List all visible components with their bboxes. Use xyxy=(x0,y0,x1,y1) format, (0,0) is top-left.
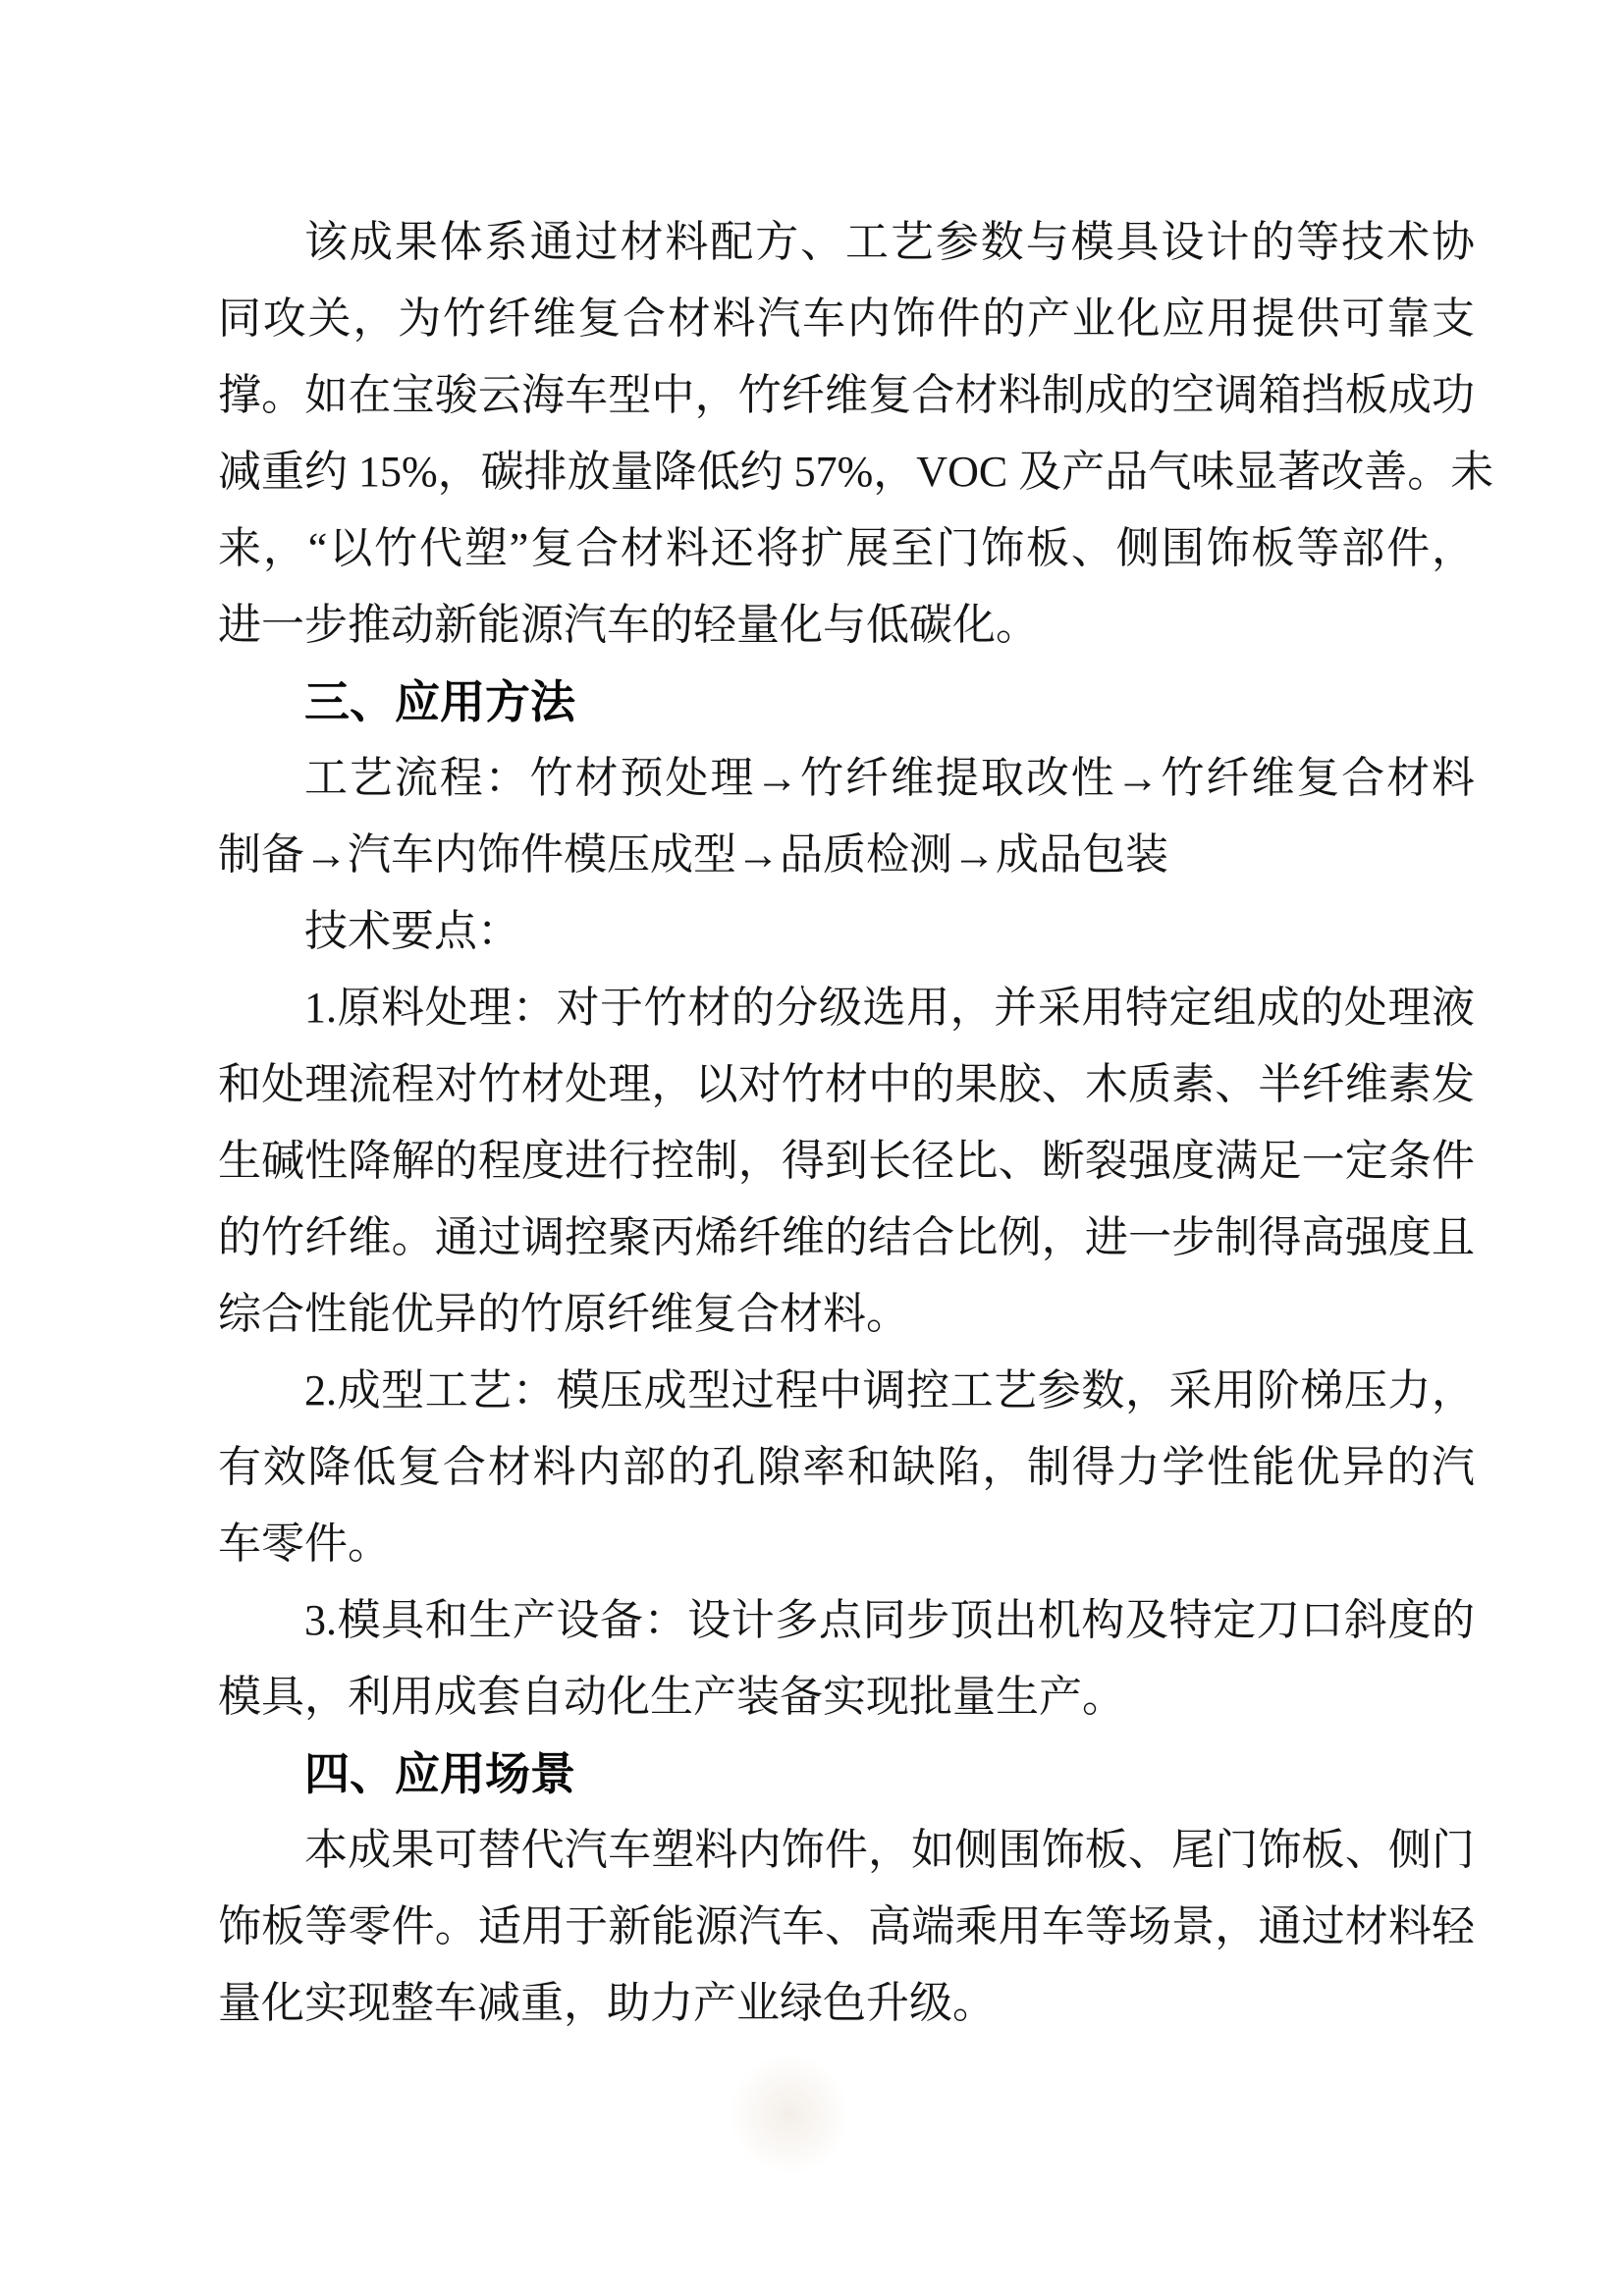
text-line: 综合性能优异的竹原纤维复合材料。 xyxy=(218,1276,1475,1353)
text-line: 有效降低复合材料内部的孔隙率和缺陷，制得力学性能优异的汽 xyxy=(218,1429,1475,1506)
text-line: 进一步推动新能源汽车的轻量化与低碳化。 xyxy=(218,587,1475,664)
text-line: 减重约 15%，碳排放量降低约 57%，VOC 及产品气味显著改善。未 xyxy=(218,434,1475,510)
text-line: 的竹纤维。通过调控聚丙烯纤维的结合比例，进一步制得高强度且 xyxy=(218,1200,1475,1276)
text-line: 生碱性降解的程度进行控制，得到长径比、断裂强度满足一定条件 xyxy=(218,1123,1475,1200)
text-line: 量化实现整车减重，助力产业绿色升级。 xyxy=(218,1965,1475,2042)
text-line: 工艺流程：竹材预处理→竹纤维提取改性→竹纤维复合材料 xyxy=(218,740,1475,817)
document-page: 该成果体系通过材料配方、工艺参数与模具设计的等技术协同攻关，为竹纤维复合材料汽车… xyxy=(0,0,1624,2296)
text-line: 3.模具和生产设备：设计多点同步顶出机构及特定刀口斜度的 xyxy=(218,1582,1475,1659)
watermark-smudge xyxy=(729,2054,850,2175)
text-line: 本成果可替代汽车塑料内饰件，如侧围饰板、尾门饰板、侧门 xyxy=(218,1812,1475,1889)
text-line: 撑。如在宝骏云海车型中，竹纤维复合材料制成的空调箱挡板成功 xyxy=(218,357,1475,434)
text-line: 同攻关，为竹纤维复合材料汽车内饰件的产业化应用提供可靠支 xyxy=(218,281,1475,357)
text-line: 来，“以竹代塑”复合材料还将扩展至门饰板、侧围饰板等部件， xyxy=(218,510,1475,587)
section-heading: 四、应用场景 xyxy=(218,1735,1475,1812)
text-line: 该成果体系通过材料配方、工艺参数与模具设计的等技术协 xyxy=(218,204,1475,281)
document-content: 该成果体系通过材料配方、工艺参数与模具设计的等技术协同攻关，为竹纤维复合材料汽车… xyxy=(218,204,1475,2042)
text-line: 制备→汽车内饰件模压成型→品质检测→成品包装 xyxy=(218,817,1475,893)
text-line: 饰板等零件。适用于新能源汽车、高端乘用车等场景，通过材料轻 xyxy=(218,1889,1475,1965)
text-line: 模具，利用成套自动化生产装备实现批量生产。 xyxy=(218,1659,1475,1735)
text-line: 技术要点： xyxy=(218,893,1475,970)
text-line: 1.原料处理：对于竹材的分级选用，并采用特定组成的处理液 xyxy=(218,970,1475,1046)
section-heading: 三、应用方法 xyxy=(218,664,1475,740)
text-line: 车零件。 xyxy=(218,1506,1475,1582)
text-line: 2.成型工艺：模压成型过程中调控工艺参数，采用阶梯压力， xyxy=(218,1353,1475,1429)
text-line: 和处理流程对竹材处理，以对竹材中的果胶、木质素、半纤维素发 xyxy=(218,1046,1475,1123)
